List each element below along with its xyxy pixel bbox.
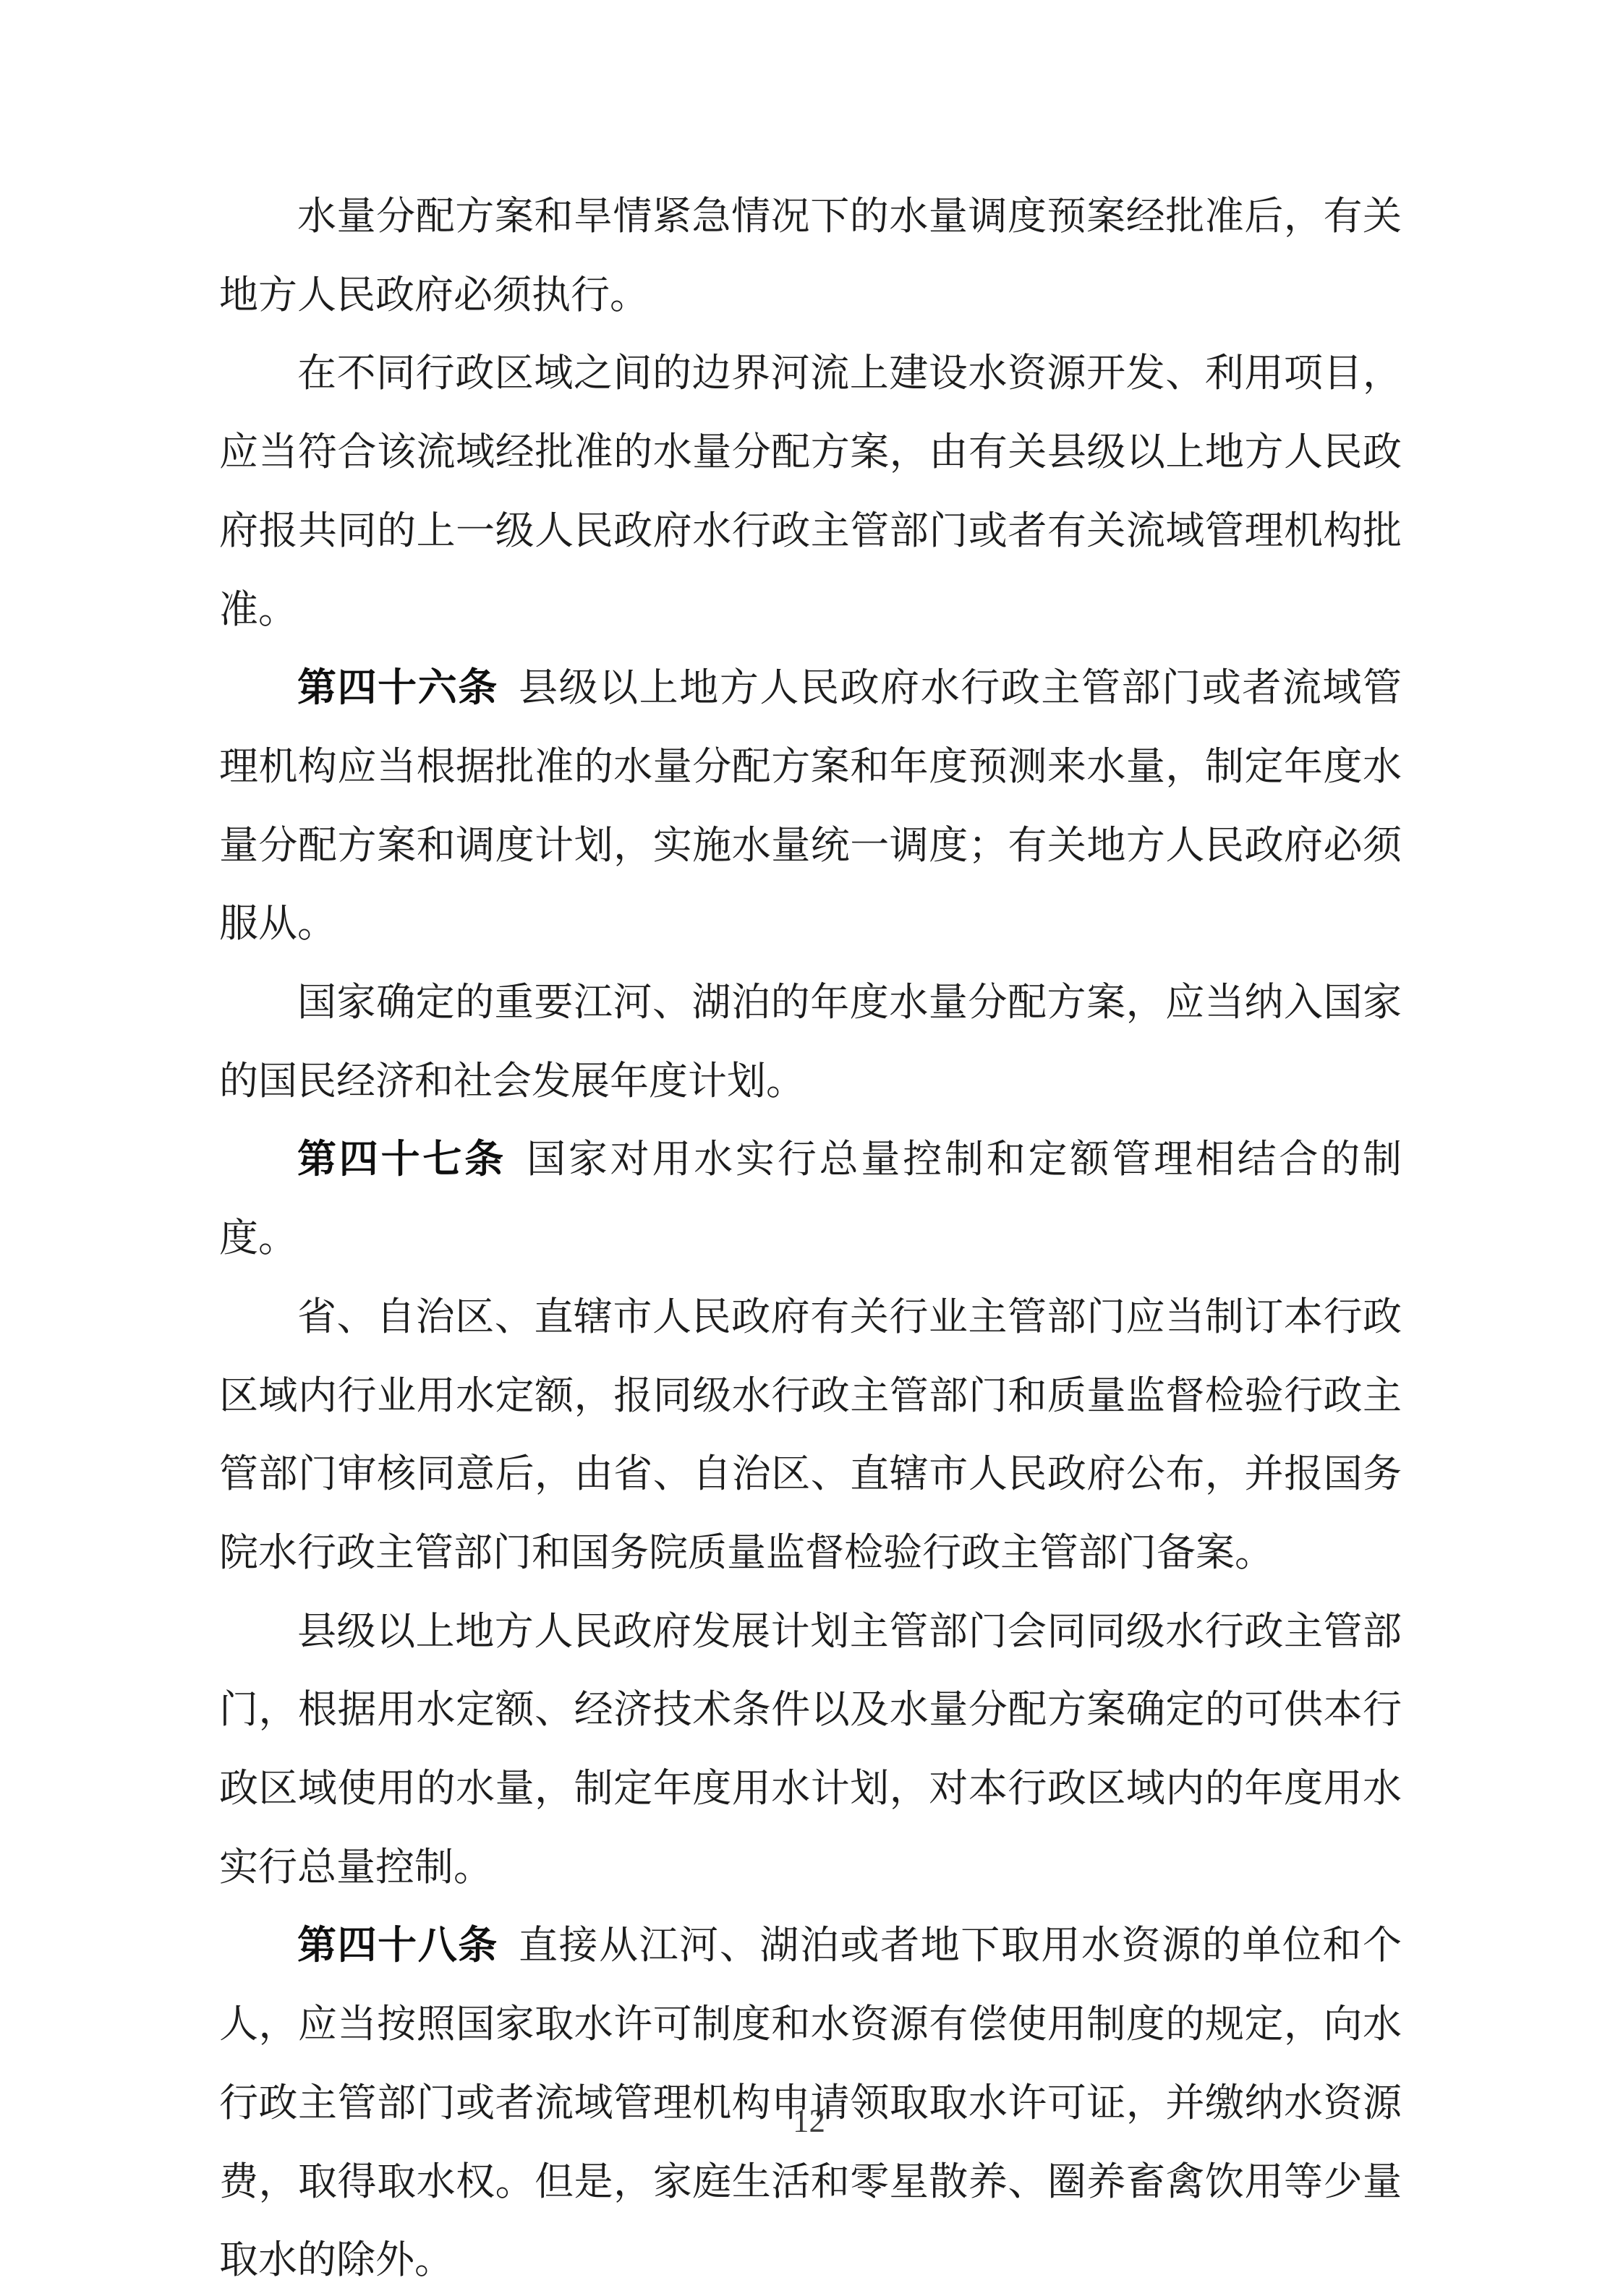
paragraph: 在不同行政区域之间的边界河流上建设水资源开发、利用项目，应当符合该流域经批准的水…: [219, 334, 1402, 649]
paragraph-text: 水量分配方案和旱情紧急情况下的水量调度预案经批准后，有关地方人民政府必须执行。: [219, 195, 1402, 317]
paragraph: 省、自治区、直辖市人民政府有关行业主管部门应当制订本行政区域内行业用水定额，报同…: [219, 1278, 1402, 1592]
page-number: 12: [0, 2103, 1618, 2139]
paragraph-article-46: 第四十六条县级以上地方人民政府水行政主管部门或者流域管理机构应当根据批准的水量分…: [219, 649, 1402, 963]
paragraph: 水量分配方案和旱情紧急情况下的水量调度预案经批准后，有关地方人民政府必须执行。: [219, 177, 1402, 334]
paragraph-text: 省、自治区、直辖市人民政府有关行业主管部门应当制订本行政区域内行业用水定额，报同…: [219, 1295, 1402, 1574]
article-number: 第四十八条: [297, 1924, 498, 1967]
document-text-content: 水量分配方案和旱情紧急情况下的水量调度预案经批准后，有关地方人民政府必须执行。 …: [219, 177, 1402, 2296]
paragraph-text: 在不同行政区域之间的边界河流上建设水资源开发、利用项目，应当符合该流域经批准的水…: [219, 351, 1402, 631]
article-number: 第四十七条: [297, 1138, 506, 1181]
paragraph-text: 国家确定的重要江河、湖泊的年度水量分配方案，应当纳入国家的国民经济和社会发展年度…: [219, 981, 1402, 1103]
paragraph-article-48: 第四十八条直接从江河、湖泊或者地下取用水资源的单位和个人，应当按照国家取水许可制…: [219, 1906, 1402, 2296]
paragraph-text: 县级以上地方人民政府发展计划主管部门会同同级水行政主管部门，根据用水定额、经济技…: [219, 1610, 1402, 1889]
paragraph-article-47: 第四十七条国家对用水实行总量控制和定额管理相结合的制度。: [219, 1120, 1402, 1277]
paragraph: 县级以上地方人民政府发展计划主管部门会同同级水行政主管部门，根据用水定额、经济技…: [219, 1592, 1402, 1907]
article-number: 第四十六条: [297, 666, 498, 709]
document-page: 水量分配方案和旱情紧急情况下的水量调度预案经批准后，有关地方人民政府必须执行。 …: [0, 0, 1618, 2296]
paragraph: 国家确定的重要江河、湖泊的年度水量分配方案，应当纳入国家的国民经济和社会发展年度…: [219, 963, 1402, 1120]
